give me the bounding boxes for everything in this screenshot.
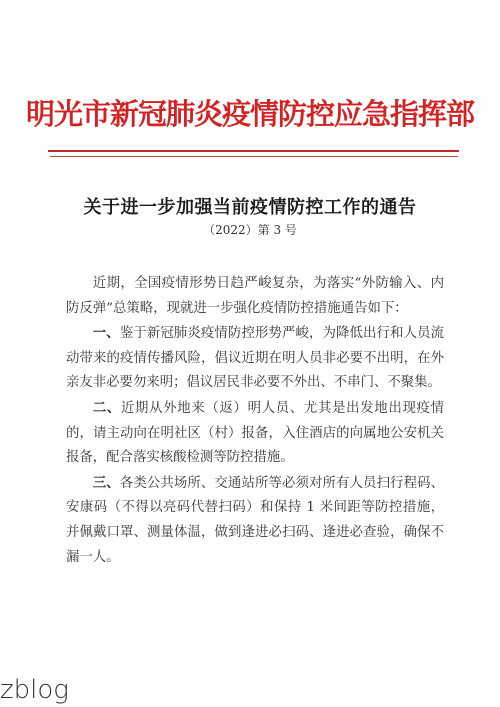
- document-title: 关于进一步加强当前疫情防控工作的通告: [0, 193, 500, 219]
- paragraph-item-3: 三、各类公共场所、交通站所等必须对所有人员扫行程码、安康码（不得以亮码代替扫码）…: [66, 471, 444, 570]
- item-number: 一、: [93, 325, 120, 341]
- red-divider-thin: [50, 156, 458, 157]
- paragraph-intro: 近期，全国疫情形势日趋严峻复杂，为落实“外防输入、内防反弹”总策略，现就进一步强…: [66, 271, 444, 321]
- paragraph-item-1: 一、鉴于新冠肺炎疫情防控形势严峻，为降低出行和人员流动带来的疫情传播风险，倡议近…: [66, 321, 444, 396]
- red-divider-thick: [48, 150, 459, 152]
- document-body: 近期，全国疫情形势日趋严峻复杂，为落实“外防输入、内防反弹”总策略，现就进一步强…: [66, 271, 444, 570]
- paragraph-item-2: 二、近期从外地来（返）明人员、尤其是出发地出现疫情的，请主动向在明社区（村）报备…: [66, 396, 444, 471]
- document-number: （2022）第 3 号: [0, 221, 500, 238]
- item-number: 三、: [93, 475, 120, 491]
- issuing-organization-header: 明光市新冠肺炎疫情防控应急指挥部: [0, 92, 500, 133]
- watermark: zblog: [0, 675, 69, 705]
- item-number: 二、: [93, 400, 121, 416]
